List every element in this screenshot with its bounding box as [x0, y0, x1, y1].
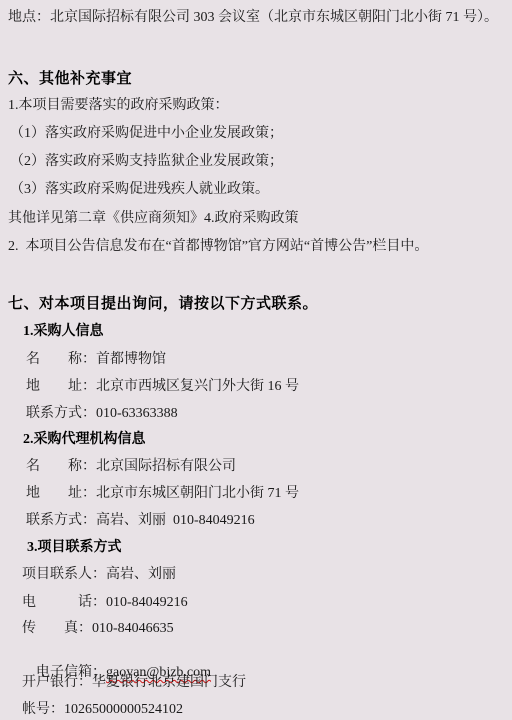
project-contact-person: 项目联系人：高岩、刘丽	[22, 566, 176, 583]
agency-contact: 联系方式：高岩、刘丽 010-84049216	[26, 512, 255, 529]
document-page: 地点：北京国际招标有限公司 303 会议室（北京市东城区朝阳门北小街 71 号）…	[0, 0, 512, 720]
purchaser-contact: 联系方式：010-63363388	[26, 405, 178, 422]
section-six-item1: 1.本项目需要落实的政府采购政策：	[8, 97, 229, 114]
policy-item-2: （2）落实政府采购支持监狱企业发展政策；	[10, 153, 283, 170]
project-bank: 开户银行：华夏银行北京建国门支行	[22, 674, 246, 691]
location-line: 地点：北京国际招标有限公司 303 会议室（北京市东城区朝阳门北小街 71 号）…	[8, 9, 498, 26]
policy-item-1: （1）落实政府采购促进中小企业发展政策；	[10, 125, 283, 142]
section-six-item2: 2. 本项目公告信息发布在“首都博物馆”官方网站“首博公告”栏目中。	[8, 238, 428, 255]
policy-item-3: （3）落实政府采购促进残疾人就业政策。	[10, 181, 269, 198]
agency-address: 地 址：北京市东城区朝阳门北小街 71 号	[26, 485, 299, 502]
project-phone: 电 话：010-84049216	[22, 594, 188, 611]
section-six-heading: 六、其他补充事宜	[8, 71, 132, 88]
section-seven-heading: 七、对本项目提出询问，请按以下方式联系。	[8, 296, 318, 313]
project-account: 帐号：10265000000524102	[22, 701, 183, 718]
agency-info-heading: 2.采购代理机构信息	[23, 431, 146, 448]
purchaser-info-heading: 1.采购人信息	[23, 323, 104, 340]
project-fax: 传 真：010-84046635	[22, 620, 174, 637]
purchaser-name: 名 称：首都博物馆	[26, 351, 166, 368]
purchaser-address: 地 址：北京市西城区复兴门外大街 16 号	[26, 378, 299, 395]
agency-name: 名 称：北京国际招标有限公司	[26, 458, 236, 475]
project-contact-heading: 3.项目联系方式	[27, 539, 122, 556]
policy-note: 其他详见第二章《供应商须知》4.政府采购政策	[8, 210, 299, 227]
